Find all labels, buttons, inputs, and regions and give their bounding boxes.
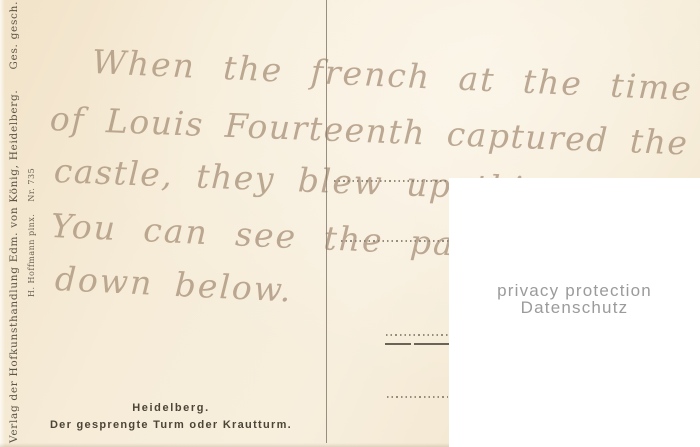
privacy-overlay-line-de: Datenschutz	[449, 299, 700, 316]
address-dotted-line-2	[341, 240, 449, 242]
publisher-imprint: Verlag der Hofkunsthandlung Edm. von Kön…	[8, 1, 20, 443]
publisher-registered-mark: Ges. gesch.	[8, 1, 20, 70]
caption-subtitle: Der gesprengte Turm oder Krautturm.	[40, 419, 302, 432]
address-dotted-line-3	[386, 334, 448, 336]
handwriting-line-5: down below.	[54, 259, 294, 310]
card-edge-highlight	[0, 0, 5, 447]
artist-credit: H. Hoffmann pinx.	[27, 214, 36, 297]
artist-credit-line: H. Hoffmann pinx.Nr. 735	[27, 168, 36, 297]
publisher-name: Verlag der Hofkunsthandlung Edm. von Kön…	[8, 90, 20, 443]
address-dotted-line-4	[387, 396, 448, 398]
address-underline-segment-1	[385, 343, 411, 345]
handwriting-line-4: You can see the par	[50, 206, 473, 264]
caption-title: Heidelberg.	[40, 402, 302, 415]
handwriting-line-1: When the french at the time	[91, 42, 694, 108]
address-underline-segment-2	[414, 343, 449, 345]
address-divider-line	[326, 0, 327, 443]
postcard-back: Verlag der Hofkunsthandlung Edm. von Kön…	[0, 0, 700, 447]
printed-caption: Heidelberg. Der gesprengte Turm oder Kra…	[40, 402, 302, 432]
privacy-overlay-text: privacy protection Datenschutz	[449, 282, 700, 316]
card-number: Nr. 735	[27, 168, 36, 202]
privacy-overlay: privacy protection Datenschutz	[449, 178, 700, 447]
privacy-overlay-line-en: privacy protection	[449, 282, 700, 299]
handwriting-line-2: of Louis Fourteenth captured the	[49, 99, 689, 162]
address-dotted-line-1	[334, 180, 449, 182]
